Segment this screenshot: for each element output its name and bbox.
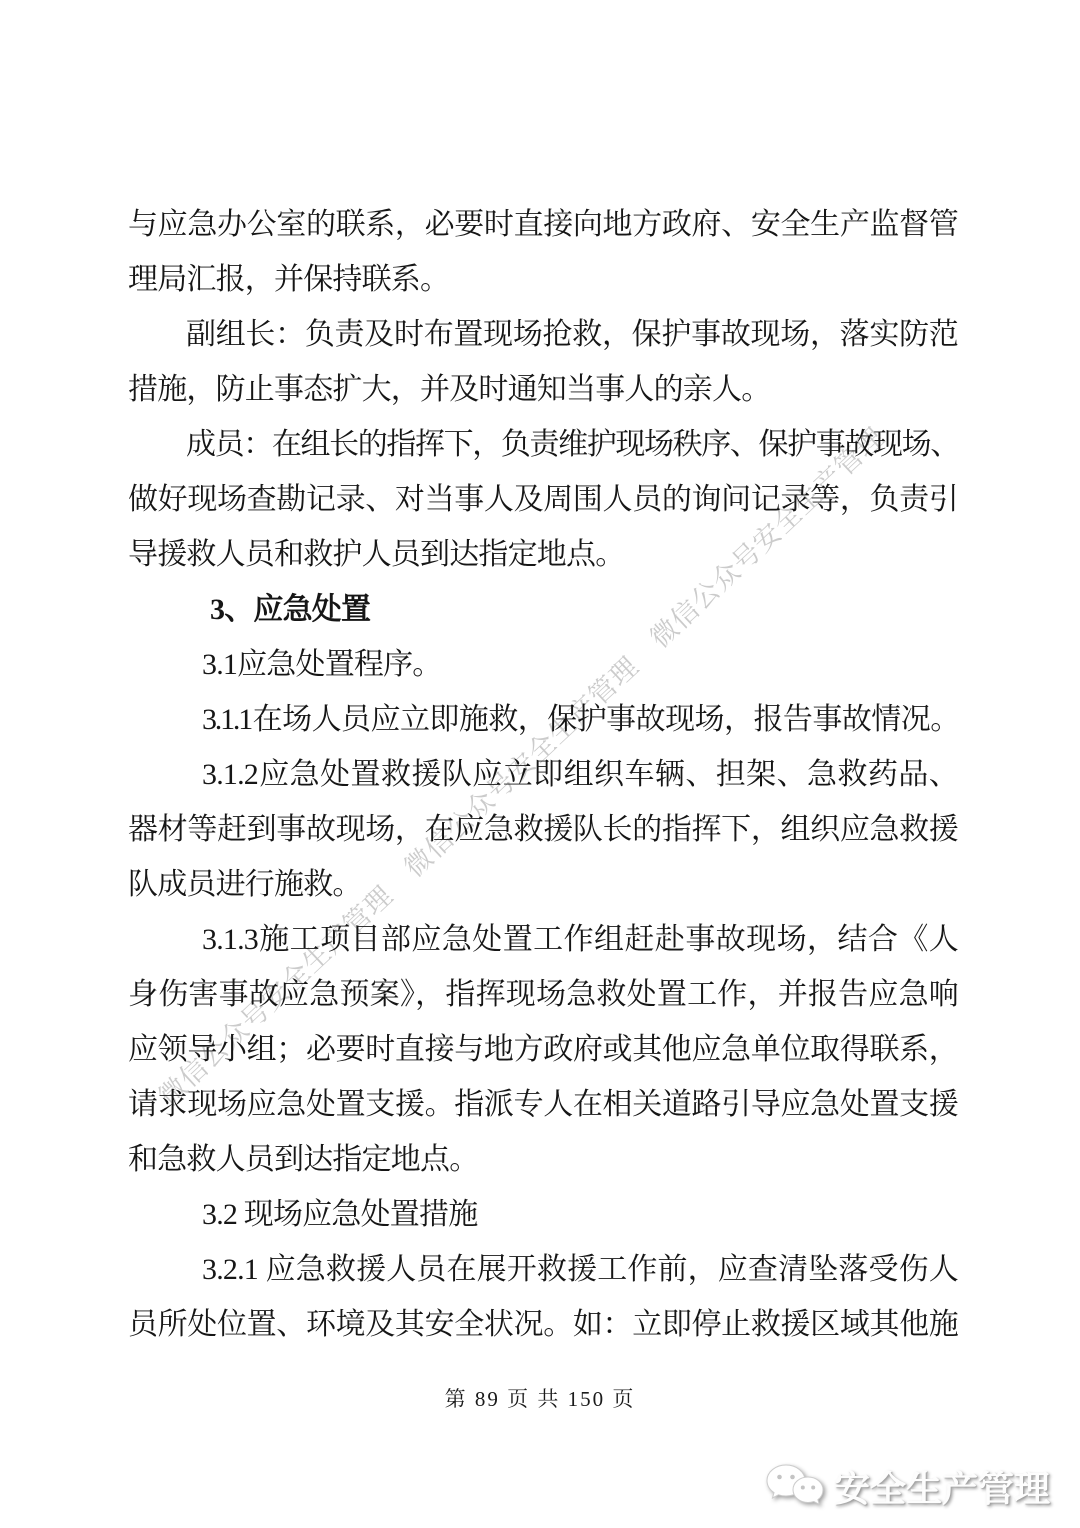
text-line: 3.1.3施工项目部应急处置工作组赶赴事故现场，结合《人 (128, 912, 958, 967)
text-line: 3.1应急处置程序。 (128, 637, 958, 692)
text-line: 身伤害事故应急预案》，指挥现场急救处置工作，并报告应急响 (128, 967, 958, 1022)
text-line: 和急救人员到达指定地点。 (128, 1132, 958, 1187)
brand-watermark: 安全生产管理 (766, 1458, 1050, 1514)
page-footer: 第 89 页 共 150 页 (0, 1383, 1080, 1413)
text-line: 3、应急处置 (128, 582, 958, 637)
text-line: 成员：在组长的指挥下，负责维护现场秩序、保护事故现场、 (128, 417, 958, 472)
page-root: 微信公众号安全生产管理 微信公众号安全生产管理 微信公众号安全生产管理 与应急办… (0, 0, 1080, 1528)
text-line: 应领导小组；必要时直接与地方政府或其他应急单位取得联系， (128, 1022, 958, 1077)
text-line: 副组长：负责及时布置现场抢救，保护事故现场，落实防范 (128, 307, 958, 362)
text-line: 员所处位置、环境及其安全状况。如：立即停止救援区域其他施 (128, 1297, 958, 1352)
text-line: 队成员进行施救。 (128, 857, 958, 912)
text-line: 3.2.1 应急救援人员在展开救援工作前，应查清坠落受伤人 (128, 1242, 958, 1297)
wechat-icon (766, 1464, 824, 1508)
text-line: 器材等赶到事故现场，在应急救援队长的指挥下，组织应急救援 (128, 802, 958, 857)
text-line: 3.2 现场应急处置措施 (128, 1187, 958, 1242)
text-line: 与应急办公室的联系，必要时直接向地方政府、安全生产监督管 (128, 197, 958, 252)
document-text: 与应急办公室的联系，必要时直接向地方政府、安全生产监督管理局汇报，并保持联系。副… (128, 197, 958, 1352)
text-line: 导援救人员和救护人员到达指定地点。 (128, 527, 958, 582)
text-line: 请求现场应急处置支援。指派专人在相关道路引导应急处置支援 (128, 1077, 958, 1132)
text-line: 做好现场查勘记录、对当事人及周围人员的询问记录等，负责引 (128, 472, 958, 527)
brand-label: 安全生产管理 (834, 1461, 1050, 1512)
text-line: 3.1.2应急处置救援队应立即组织车辆、担架、急救药品、 (128, 747, 958, 802)
text-line: 理局汇报，并保持联系。 (128, 252, 958, 307)
text-line: 3.1.1在场人员应立即施救，保护事故现场，报告事故情况。 (128, 692, 958, 747)
text-line: 措施，防止事态扩大，并及时通知当事人的亲人。 (128, 362, 958, 417)
